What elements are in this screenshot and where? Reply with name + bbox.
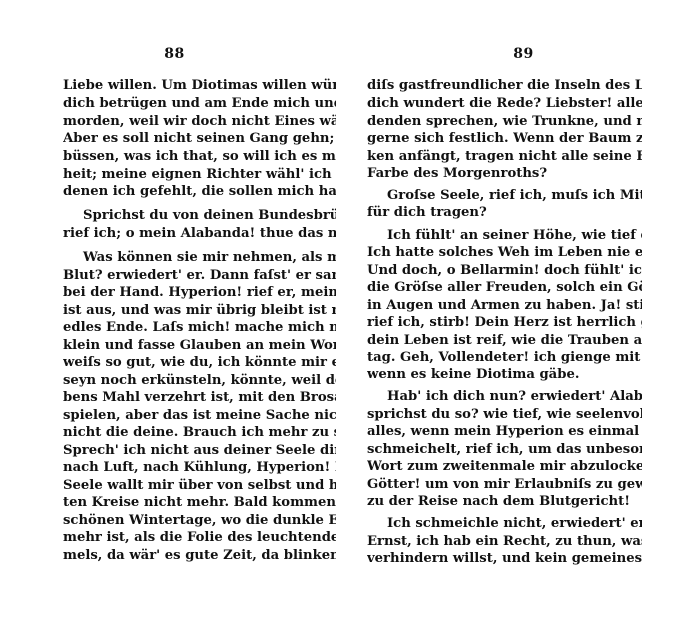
text-line: nicht die deine. Brauch ich mehr zu sage… [63, 425, 336, 441]
page-number: 88 [0, 46, 349, 62]
text-line: alles, wenn mein Hyperion es einmal faſs… [367, 424, 642, 440]
text-line: Ich schmeichle nicht, erwiedert' er mit [367, 516, 642, 532]
text-line: gerne sich festlich. Wenn der Baum zu we… [367, 131, 642, 147]
text-line: Was können sie mir nehmen, als mein [63, 250, 336, 266]
text-line: rief ich; o mein Alabanda! thue das nich… [63, 226, 336, 242]
text-line: denden sprechen, wie Trunkne, und nehmen [367, 114, 642, 130]
text-line: bens Mahl verzehrt ist, mit den Brosamen… [63, 390, 336, 406]
text-line: mels, da wär' es gute Zeit, da blinken o… [63, 548, 336, 564]
text-line: ten Kreise nicht mehr. Bald kommen ja di… [63, 495, 336, 511]
text-line: ist aus, und was mir übrig bleibt ist nu… [63, 303, 336, 319]
text-line: edles Ende. Laſs mich! mache mich nicht [63, 320, 336, 336]
text-line: Aber es soll nicht seinen Gang gehn; sol… [63, 131, 336, 147]
text-line: Ernst, ich hab ein Recht, zu thun, was d… [367, 534, 642, 550]
text-line: für dich tragen? [367, 205, 642, 221]
page-number: 89 [349, 46, 698, 62]
text-line: weiſs so gut, wie du, ich könnte mir ein… [63, 355, 336, 371]
text-line: Und doch, o Bellarmin! doch fühlt' ich a… [367, 263, 642, 279]
text-line: Farbe des Morgenroths? [367, 166, 642, 182]
text-line: Sprech' ich nicht aus deiner Seele dir? … [63, 443, 336, 459]
text-line: in Augen und Armen zu haben. Ja! stirb n… [367, 298, 642, 314]
text-line: wenn es keine Diotima gäbe. [367, 367, 642, 383]
text-line: dein Leben ist reif, wie die Trauben am … [367, 333, 642, 349]
text-line: ken anfängt, tragen nicht alle seine Blä… [367, 149, 642, 165]
text-line: klein und fasse Glauben an mein Wort! Ic… [63, 338, 336, 354]
text-line: bei der Hand. Hyperion! rief er, meine Z… [63, 285, 336, 301]
text-line: Hab' ich dich nun? erwiedert' Alabanda, [367, 389, 642, 405]
text-line: seyn noch erkünsteln, könnte, weil des L… [63, 373, 336, 389]
text-line: Wort zum zweitenmale mir abzulocken! gut… [367, 459, 642, 475]
text-line: Götter! um von mir Erlaubniſs zu gewinne… [367, 477, 642, 493]
text-line: verhindern willst, und kein gemeines! eh… [367, 551, 642, 567]
text-line: mehr ist, als die Folie des leuchtenden … [63, 530, 336, 546]
text-line: schmeichelt, rief ich, um das unbesonnen… [367, 442, 642, 458]
left-page: 88 Liebe willen. Um Diotimas willen würd… [0, 0, 349, 621]
text-line: büssen, was ich that, so will ich es mit… [63, 149, 336, 165]
text-line: Sprichst du von deinen Bundesbrüdern? [63, 208, 336, 224]
text-line: Ich fühlt' an seiner Höhe, wie tief er l… [367, 228, 642, 244]
text-line: tag. Geh, Vollendeter! ich gienge mit di… [367, 350, 642, 366]
text-line: sprichst du so? wie tief, wie seelenvoll… [367, 407, 642, 423]
text-line: Blut? erwiedert' er. Dann faſst' er sanf… [63, 268, 336, 284]
text-line: Liebe willen. Um Diotimas willen würd' i… [63, 78, 336, 94]
text-line: morden, weil wir doch nicht Eines wären. [63, 114, 336, 130]
text-line: nach Luft, nach Kühlung, Hyperion! Meine [63, 460, 336, 476]
text-line: Ich hatte solches Weh im Leben nie erfah… [367, 245, 642, 261]
text-line: dich wundert die Rede? Liebster! alle Sc… [367, 96, 642, 112]
text-line: heit; meine eignen Richter wähl' ich mir… [63, 167, 336, 183]
right-page: 89 diſs gastfreundlicher die Inseln des … [349, 0, 698, 621]
text-line: diſs gastfreundlicher die Inseln des Lic… [367, 78, 642, 94]
text-line: spielen, aber das ist meine Sache nicht;… [63, 408, 336, 424]
text-line: schönen Wintertage, wo die dunkle Erde n… [63, 513, 336, 529]
text-line: Seele wallt mir über von selbst und hält… [63, 478, 336, 494]
text-line: die Gröſse aller Freuden, solch ein Gött… [367, 280, 642, 296]
text-line: dich betrügen und am Ende mich und Dioti… [63, 96, 336, 112]
text-line: Groſse Seele, rief ich, muſs ich Mitleid [367, 188, 642, 204]
text-line: rief ich, stirb! Dein Herz ist herrlich … [367, 315, 642, 331]
text-line: zu der Reise nach dem Blutgericht! [367, 494, 642, 510]
text-line: denen ich gefehlt, die sollen mich haben… [63, 184, 336, 200]
